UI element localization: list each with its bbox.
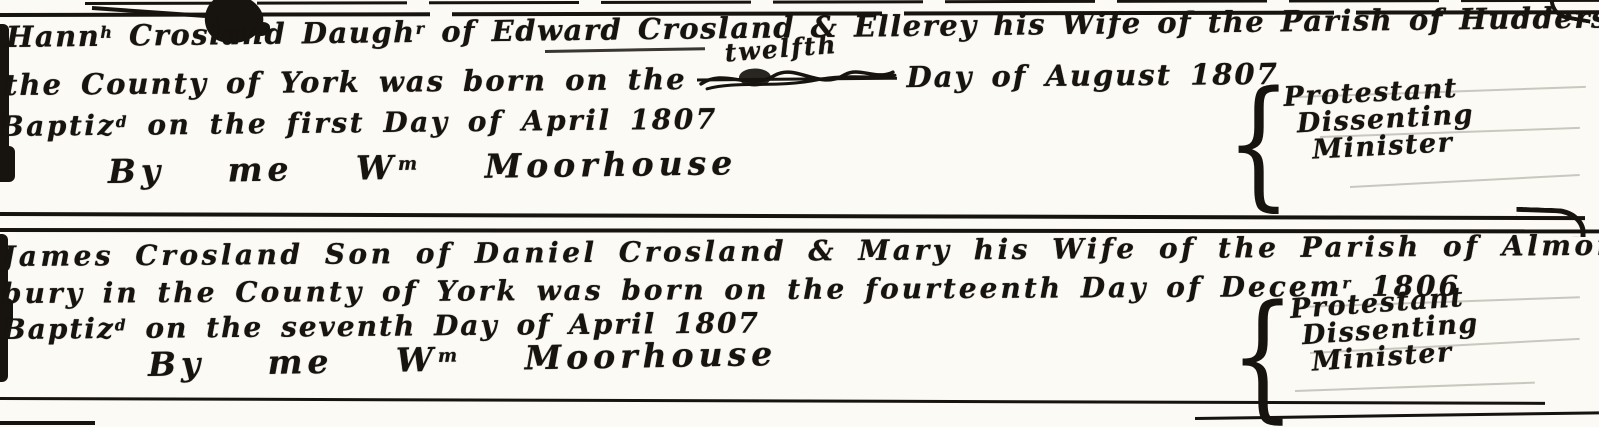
name-text: of Edward Crosland & Ellerey his Wife of… xyxy=(425,0,1599,49)
entry2-name-line: James Crosland Son of Daniel Crosland & … xyxy=(2,229,1599,273)
baptism-text: on the first Day of April 1807 xyxy=(129,102,718,141)
smudge-line xyxy=(1350,174,1580,188)
entry1-minister-note: Protestant Dissenting Minister xyxy=(1283,74,1476,165)
ruled-line-middle-upper xyxy=(0,212,1585,220)
ruled-line-bottom xyxy=(0,397,1545,405)
superscript: r xyxy=(416,19,426,38)
baptism-text: Baptiz xyxy=(0,109,116,143)
birth-text: the County of York was born on the xyxy=(4,62,687,102)
grouping-brace-icon: { xyxy=(1230,288,1296,426)
signature-text: By me W xyxy=(108,148,399,191)
grouping-brace-icon: { xyxy=(1226,74,1292,214)
binding-edge-mark xyxy=(0,146,15,182)
smudge-line xyxy=(1295,382,1535,392)
minister-note-line: Minister xyxy=(1312,128,1476,164)
birth-text: Day of August 1807 xyxy=(906,57,1279,94)
baptism-text: Baptiz xyxy=(2,312,115,346)
entry2-minister-note: Protestant Dissenting Minister xyxy=(1289,283,1481,377)
superscript: d xyxy=(116,113,129,131)
signature-text: Moorhouse xyxy=(462,334,778,378)
entry1-birth-line: the County of York was born on the twelf… xyxy=(4,57,1279,102)
superscript: m xyxy=(438,345,463,366)
entry1-signature-line: By me Wm Moorhouse xyxy=(108,143,738,191)
superscript: h xyxy=(100,23,113,42)
superscript: m xyxy=(398,154,422,175)
name-text: Crosland Daugh xyxy=(113,15,416,53)
struck-out-word: twelfth xyxy=(696,60,896,96)
ruled-line-bottom-left-corner xyxy=(0,421,95,425)
name-text: Hann xyxy=(6,19,101,54)
signature-text: Moorhouse xyxy=(422,143,738,186)
superscript: d xyxy=(115,316,128,334)
entry1-baptism-line: Baptizd on the first Day of April 1807 xyxy=(0,102,718,143)
birth-text: bury in the County of York was born on t… xyxy=(2,270,1342,310)
signature-text: By me W xyxy=(148,340,439,384)
register-page-scan: Hannh Crosland Daughr of Edward Crosland… xyxy=(0,0,1599,427)
name-text: James Crosland Son of Daniel Crosland & … xyxy=(2,229,1599,273)
underline-crosland xyxy=(545,47,705,53)
